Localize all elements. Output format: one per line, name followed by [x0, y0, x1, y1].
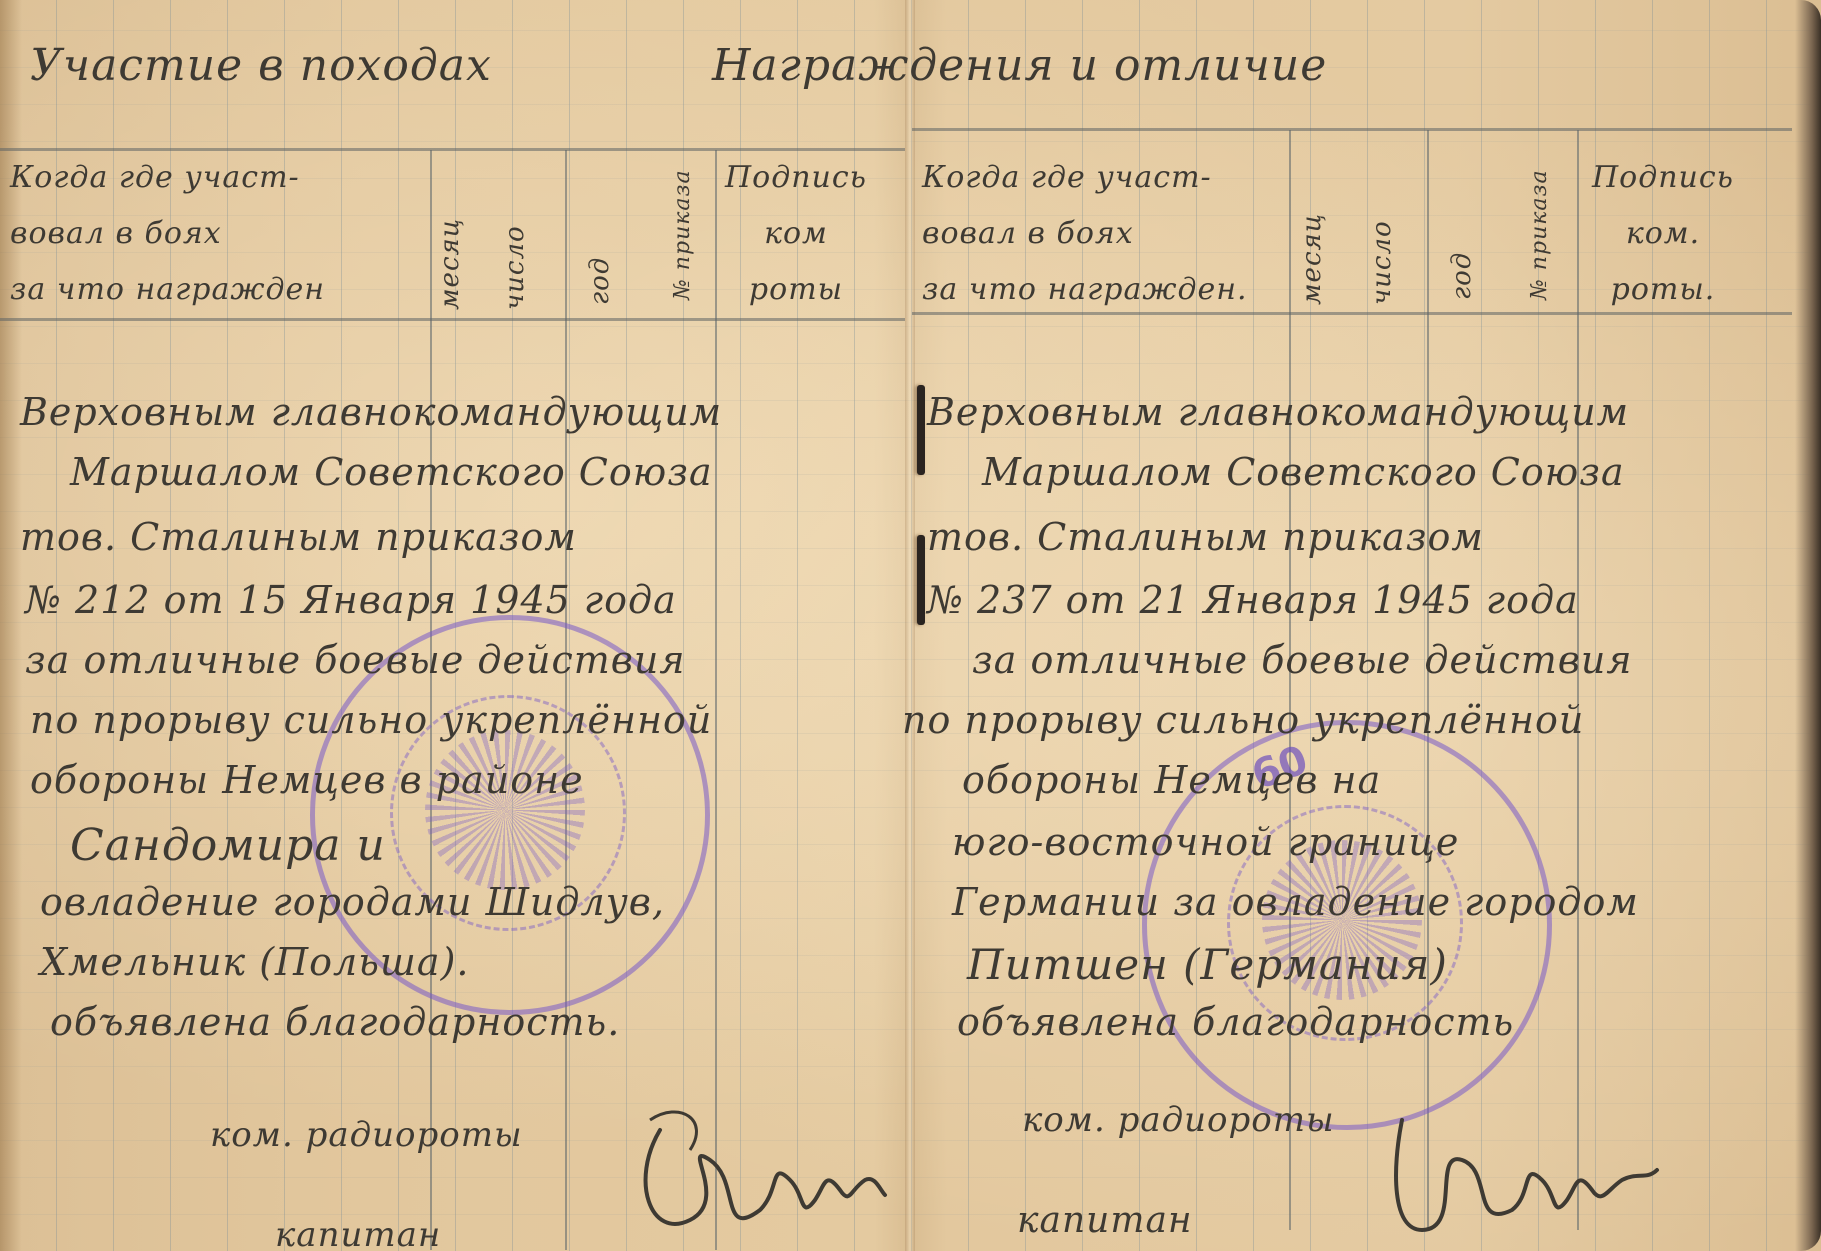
entry-line: Германии за овладение городом	[952, 880, 1639, 924]
left-page: Участие в походах Когда где участ- вовал…	[0, 0, 910, 1251]
entry-line: обороны Немцев на	[962, 758, 1381, 802]
entry-line: Маршалом Советского Союза	[982, 450, 1625, 494]
column-header-day: число	[1367, 220, 1397, 305]
column-header-month: месяц	[435, 218, 465, 310]
entry-line: овладение городами Шидлув,	[40, 880, 665, 924]
column-header-order-number: № приказа	[670, 169, 695, 300]
column-header-month: месяц	[1297, 213, 1327, 305]
column-header-year: год	[585, 257, 615, 305]
entry-line: за отличные боевые действия	[25, 638, 686, 682]
entry-line: объявлена благодарность	[957, 1000, 1514, 1044]
entry-line: по прорыву сильно укреплённой	[30, 698, 712, 742]
handwritten-signature-icon	[620, 1100, 900, 1250]
entry-line: Питшен (Германия)	[967, 940, 1448, 989]
booklet-spread: Участие в походах Когда где участ- вовал…	[0, 0, 1821, 1251]
column-header-when-where: Когда где участ- вовал в боях за что наг…	[922, 150, 1248, 318]
entry-line: обороны Немцев в районе	[30, 758, 584, 802]
signoff-rank: капитан	[1017, 1200, 1193, 1241]
table-top-rule	[912, 128, 1792, 131]
signoff-rank: капитан	[275, 1215, 441, 1251]
entry-line: по прорыву сильно укреплённой	[902, 698, 1584, 742]
signoff-position: ком. радиороты	[1022, 1100, 1335, 1140]
entry-line: Сандомира и	[70, 820, 386, 871]
column-divider	[715, 150, 717, 1250]
entry-line: Хмельник (Польша).	[40, 940, 470, 984]
entry-line: объявлена благодарность.	[50, 1000, 620, 1044]
handwritten-signature-icon	[1372, 1100, 1672, 1250]
entry-line: № 212 от 15 Января 1945 года	[25, 578, 677, 622]
column-header-year: год	[1447, 252, 1477, 300]
entry-line: тов. Сталиным приказом	[927, 515, 1484, 559]
left-page-title: Участие в походах	[30, 40, 492, 91]
column-header-day: число	[500, 225, 530, 310]
right-page-title: Награждения и отличие	[712, 40, 1327, 91]
column-header-order-number: № приказа	[1527, 169, 1552, 300]
entry-line: Маршалом Советского Союза	[70, 450, 713, 494]
entry-line: за отличные боевые действия	[972, 638, 1633, 682]
signoff-position: ком. радиороты	[210, 1115, 523, 1155]
entry-line: Верховным главнокомандующим	[927, 390, 1629, 434]
entry-line: № 237 от 21 Января 1945 года	[927, 578, 1579, 622]
column-header-signature: Подпись ком. роты.	[1592, 150, 1734, 318]
ussr-emblem-icon	[425, 730, 585, 890]
entry-line: тов. Сталиным приказом	[20, 515, 577, 559]
column-header-when-where: Когда где участ- вовал в боях за что наг…	[10, 150, 325, 318]
right-page: Награждения и отличие Когда где участ- в…	[912, 0, 1821, 1251]
column-header-signature: Подпись ком роты	[725, 150, 867, 318]
table-header-bottom-rule	[0, 318, 905, 321]
entry-line: Верховным главнокомандующим	[20, 390, 722, 434]
entry-line: юго-восточной границе	[952, 820, 1459, 864]
